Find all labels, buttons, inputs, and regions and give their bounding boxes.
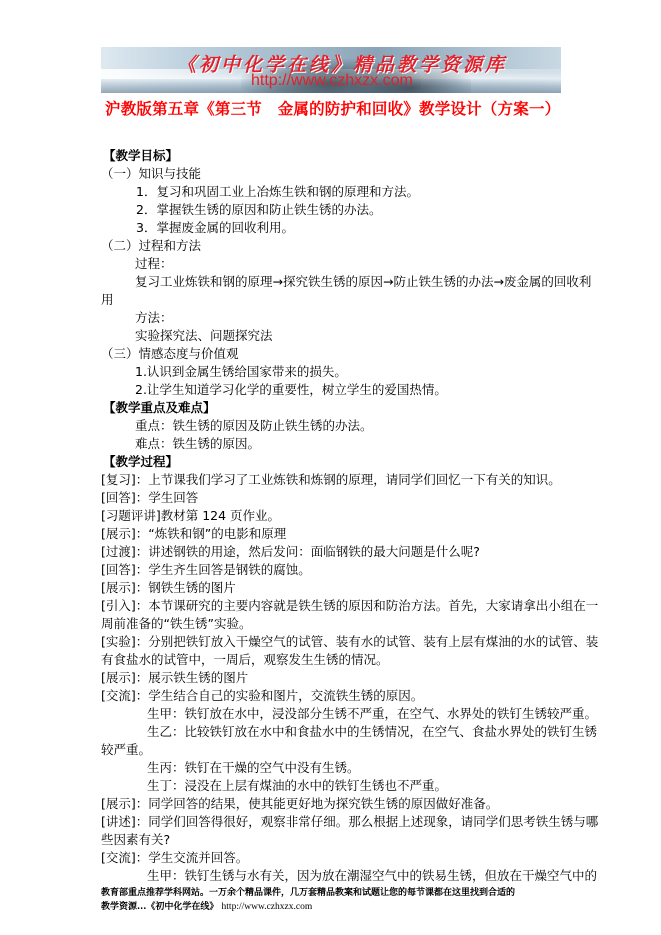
process-line: [交流]：学生交流并回答。 <box>101 850 248 866</box>
section-heading-key-points: 【教学重点及难点】 <box>103 400 216 416</box>
method-label: 方法： <box>135 310 173 326</box>
process-line: [展示]：展示铁生锈的图片 <box>101 670 248 686</box>
document-page: 《初中化学在线》精品教学资源库 http://www.czhxzx.com 沪教… <box>0 0 661 935</box>
key-point: 重点：铁生锈的原因及防止铁生锈的办法。 <box>135 418 373 434</box>
footer-url-link[interactable]: http://www.czhxzx.com <box>222 902 313 912</box>
process-line: 有食盐水的试管中，一周后，观察发生生锈的情况。 <box>101 652 389 668</box>
process-line: [引入]：本节课研究的主要内容就是铁生锈的原因和防治方法。首先，大家请拿出小组在… <box>101 598 598 614</box>
process-line: 周前准备的“铁生锈”实验。 <box>101 616 251 632</box>
process-line: [回答]：学生齐生回答是钢铁的腐蚀。 <box>101 562 311 578</box>
list-item: 1．复习和巩固工业上冶炼生铁和钢的原理和方法。 <box>136 184 419 200</box>
process-line: [展示]：“炼铁和钢”的电影和原理 <box>101 526 286 542</box>
subsection-heading: （一）知识与技能 <box>101 166 201 182</box>
process-line: [习题评讲]教材第 124 页作业。 <box>101 508 280 524</box>
section-heading-objectives: 【教学目标】 <box>103 148 178 164</box>
list-item: 1.认识到金属生锈给国家带来的损失。 <box>135 364 347 380</box>
process-line: [复习]：上节课我们学习了工业炼铁和炼钢的原理，请同学们回忆一下有关的知识。 <box>101 472 561 488</box>
process-line: 些因素有关? <box>101 832 170 848</box>
process-text: 复习工业炼铁和钢的原理→探究铁生锈的原因→防止铁生锈的办法→废金属的回收利 <box>135 274 591 290</box>
footer-promo-line: 教育部重点推荐学科网站。一万余个精品课件，几万套精品教案和试题让您的每节课都在这… <box>101 887 515 899</box>
student-answer: 生甲：铁钉放在水中，浸没部分生锈不严重，在空气、水界处的铁钉生锈较严重。 <box>147 706 597 722</box>
banner-url: http://www.czhxzx.com <box>251 72 413 90</box>
process-line: [交流]：学生结合自己的实验和图片，交流铁生锈的原因。 <box>101 688 423 704</box>
process-line: [过渡]：讲述钢铁的用途，然后发问：面临钢铁的最大问题是什么呢? <box>101 544 480 560</box>
footer-promo-line-2: 教学资源...《初中化学在线》 http://www.czhxzx.com <box>101 901 312 913</box>
section-heading-process: 【教学过程】 <box>103 454 178 470</box>
list-item: 2．掌握铁生锈的原因和防止铁生锈的办法。 <box>136 202 381 218</box>
list-item: 2.让学生知道学习化学的重要性，树立学生的爱国热情。 <box>135 382 447 398</box>
student-answer: 生乙：比较铁钉放在水中和食盐水中的生锈情况，在空气、食盐水界处的铁钉生锈 <box>147 724 597 740</box>
process-line: [展示]：钢铁生锈的图片 <box>101 580 236 596</box>
student-answer: 生甲：铁钉生锈与水有关，因为放在潮湿空气中的铁易生锈，但放在干燥空气中的 <box>147 868 597 884</box>
process-line: [实验]：分别把铁钉放入干燥空气的试管、装有水的试管、装有上层有煤油的水的试管、… <box>101 634 598 650</box>
method-text: 实验探究法、问题探究法 <box>135 328 273 344</box>
process-line: [回答]：学生回答 <box>101 490 198 506</box>
student-answer-continued: 较严重。 <box>101 742 151 758</box>
process-line: [讲述]：同学们回答得很好，观察非常仔细。那么根据上述现象，请同学们思考铁生锈与… <box>101 814 598 830</box>
student-answer: 生丁：浸没在上层有煤油的水中的铁钉生锈也不严重。 <box>147 778 447 794</box>
subsection-heading: （二）过程和方法 <box>101 238 201 254</box>
document-title: 沪教版第五章《第三节 金属的防护和回收》教学设计（方案一） <box>105 97 565 119</box>
process-text-continued: 用 <box>101 292 114 308</box>
list-item: 3．掌握废金属的回收利用。 <box>136 220 294 236</box>
student-answer: 生丙：铁钉在干燥的空气中没有生锈。 <box>147 760 360 776</box>
process-label: 过程： <box>135 256 173 272</box>
difficult-point: 难点：铁生锈的原因。 <box>135 436 260 452</box>
footer-promo-text: 教学资源...《初中化学在线》 <box>101 902 218 912</box>
process-line: [展示]：同学回答的结果，使其能更好地为探究铁生锈的原因做好准备。 <box>101 796 498 812</box>
subsection-heading: （三）情感态度与价值观 <box>101 346 239 362</box>
site-banner: 《初中化学在线》精品教学资源库 http://www.czhxzx.com <box>101 47 561 93</box>
